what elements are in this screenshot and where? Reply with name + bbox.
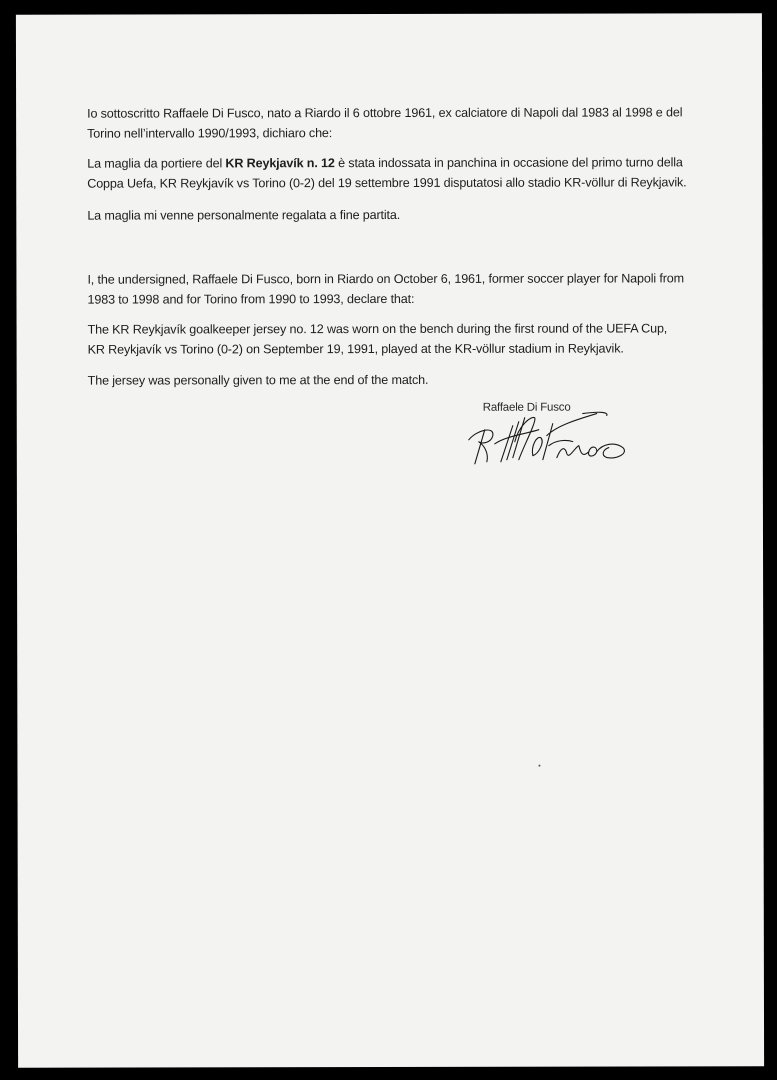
italian-paragraph-jersey: La maglia da portiere del KR Reykjavík n… [87,152,687,193]
signature-block: Raffaele Di Fusco [457,395,637,465]
english-paragraph-jersey: The KR Reykjavík goalkeeper jersey no. 1… [88,318,688,359]
english-paragraph-intro: I, the undersigned, Raffaele Di Fusco, b… [87,268,687,309]
english-jersey-text: The KR Reykjavík goalkeeper jersey no. 1… [88,318,688,359]
italian-paragraph-intro: Io sottoscritto Raffaele Di Fusco, nato … [87,102,687,143]
english-gift-text: The jersey was personally given to me at… [88,369,688,390]
document-page: Io sottoscritto Raffaele Di Fusco, nato … [16,13,764,1068]
italian-jersey-text: La maglia da portiere del KR Reykjavík n… [87,152,687,193]
handwritten-signature-icon [457,395,637,465]
italian-intro-text: Io sottoscritto Raffaele Di Fusco, nato … [87,102,687,143]
jersey-highlight: KR Reykjavík n. 12 [225,156,334,170]
english-intro-text: I, the undersigned, Raffaele Di Fusco, b… [87,268,687,309]
italian-gift-text: La maglia mi venne personalmente regalat… [87,204,687,225]
italian-jersey-prefix: La maglia da portiere del [87,156,225,170]
italian-paragraph-gift: La maglia mi venne personalmente regalat… [87,204,687,225]
paper-speck [538,765,540,767]
english-paragraph-gift: The jersey was personally given to me at… [88,369,688,390]
